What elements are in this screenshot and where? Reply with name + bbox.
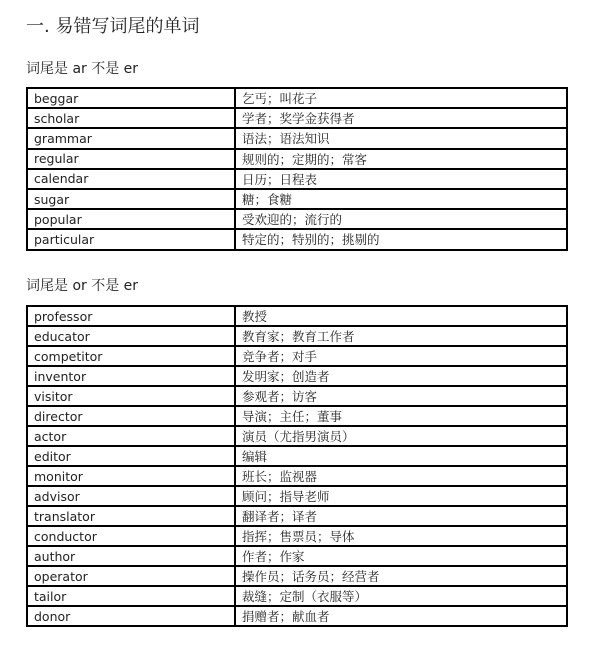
or-words-table: professor教授educator教育家；教育工作者competitor竞争… bbox=[26, 305, 568, 627]
meaning-cell: 糖；食糖 bbox=[235, 189, 567, 209]
word-cell: sugar bbox=[27, 189, 235, 209]
table-row: translator翻译者；译者 bbox=[27, 506, 567, 526]
word-cell: monitor bbox=[27, 466, 235, 486]
meaning-cell: 竞争者；对手 bbox=[235, 346, 567, 366]
word-cell: editor bbox=[27, 446, 235, 466]
word-cell: beggar bbox=[27, 88, 235, 108]
word-cell: regular bbox=[27, 149, 235, 169]
table-row: operator操作员；话务员；经营者 bbox=[27, 566, 567, 586]
meaning-cell: 作者；作家 bbox=[235, 546, 567, 566]
meaning-cell: 规则的；定期的；常客 bbox=[235, 149, 567, 169]
word-cell: educator bbox=[27, 326, 235, 346]
section-heading-or: 词尾是 or 不是 er bbox=[26, 275, 138, 295]
table-row: educator教育家；教育工作者 bbox=[27, 326, 567, 346]
table-row: regular规则的；定期的；常客 bbox=[27, 149, 567, 169]
meaning-cell: 语法；语法知识 bbox=[235, 128, 567, 148]
table-row: calendar日历；日程表 bbox=[27, 169, 567, 189]
table-row: competitor竞争者；对手 bbox=[27, 346, 567, 366]
table-row: conductor指挥；售票员；导体 bbox=[27, 526, 567, 546]
word-cell: tailor bbox=[27, 586, 235, 606]
word-cell: conductor bbox=[27, 526, 235, 546]
meaning-cell: 参观者；访客 bbox=[235, 386, 567, 406]
word-cell: inventor bbox=[27, 366, 235, 386]
table-row: advisor顾问；指导老师 bbox=[27, 486, 567, 506]
word-cell: donor bbox=[27, 606, 235, 626]
meaning-cell: 顾问；指导老师 bbox=[235, 486, 567, 506]
meaning-cell: 编辑 bbox=[235, 446, 567, 466]
meaning-cell: 学者；奖学金获得者 bbox=[235, 108, 567, 128]
table-row: monitor班长；监视器 bbox=[27, 466, 567, 486]
meaning-cell: 演员（尤指男演员） bbox=[235, 426, 567, 446]
table-row: actor演员（尤指男演员） bbox=[27, 426, 567, 446]
word-cell: translator bbox=[27, 506, 235, 526]
meaning-cell: 导演；主任；董事 bbox=[235, 406, 567, 426]
meaning-cell: 日历；日程表 bbox=[235, 169, 567, 189]
meaning-cell: 指挥；售票员；导体 bbox=[235, 526, 567, 546]
word-cell: calendar bbox=[27, 169, 235, 189]
word-cell: author bbox=[27, 546, 235, 566]
table-row: particular特定的；特别的；挑剔的 bbox=[27, 229, 567, 249]
word-cell: advisor bbox=[27, 486, 235, 506]
table-row: editor编辑 bbox=[27, 446, 567, 466]
table-row: grammar语法；语法知识 bbox=[27, 128, 567, 148]
meaning-cell: 教授 bbox=[235, 306, 567, 326]
table-row: inventor发明家；创造者 bbox=[27, 366, 567, 386]
word-cell: grammar bbox=[27, 128, 235, 148]
table-row: director导演；主任；董事 bbox=[27, 406, 567, 426]
word-cell: actor bbox=[27, 426, 235, 446]
meaning-cell: 特定的；特别的；挑剔的 bbox=[235, 229, 567, 249]
table-row: donor捐赠者；献血者 bbox=[27, 606, 567, 626]
meaning-cell: 翻译者；译者 bbox=[235, 506, 567, 526]
table-row: visitor参观者；访客 bbox=[27, 386, 567, 406]
table-row: professor教授 bbox=[27, 306, 567, 326]
word-cell: competitor bbox=[27, 346, 235, 366]
word-cell: popular bbox=[27, 209, 235, 229]
meaning-cell: 受欢迎的；流行的 bbox=[235, 209, 567, 229]
section-heading-ar: 词尾是 ar 不是 er bbox=[26, 58, 138, 78]
word-cell: operator bbox=[27, 566, 235, 586]
table-row: beggar乞丐；叫花子 bbox=[27, 88, 567, 108]
meaning-cell: 教育家；教育工作者 bbox=[235, 326, 567, 346]
word-cell: scholar bbox=[27, 108, 235, 128]
ar-words-table: beggar乞丐；叫花子scholar学者；奖学金获得者grammar语法；语法… bbox=[26, 87, 568, 251]
page-title: 一. 易错写词尾的单词 bbox=[26, 12, 199, 38]
meaning-cell: 裁缝；定制（衣服等） bbox=[235, 586, 567, 606]
word-cell: particular bbox=[27, 229, 235, 249]
table-row: scholar学者；奖学金获得者 bbox=[27, 108, 567, 128]
meaning-cell: 捐赠者；献血者 bbox=[235, 606, 567, 626]
meaning-cell: 乞丐；叫花子 bbox=[235, 88, 567, 108]
meaning-cell: 班长；监视器 bbox=[235, 466, 567, 486]
meaning-cell: 发明家；创造者 bbox=[235, 366, 567, 386]
table-row: tailor裁缝；定制（衣服等） bbox=[27, 586, 567, 606]
table-row: author作者；作家 bbox=[27, 546, 567, 566]
table-row: sugar糖；食糖 bbox=[27, 189, 567, 209]
word-cell: visitor bbox=[27, 386, 235, 406]
word-cell: professor bbox=[27, 306, 235, 326]
word-cell: director bbox=[27, 406, 235, 426]
table-row: popular受欢迎的；流行的 bbox=[27, 209, 567, 229]
meaning-cell: 操作员；话务员；经营者 bbox=[235, 566, 567, 586]
